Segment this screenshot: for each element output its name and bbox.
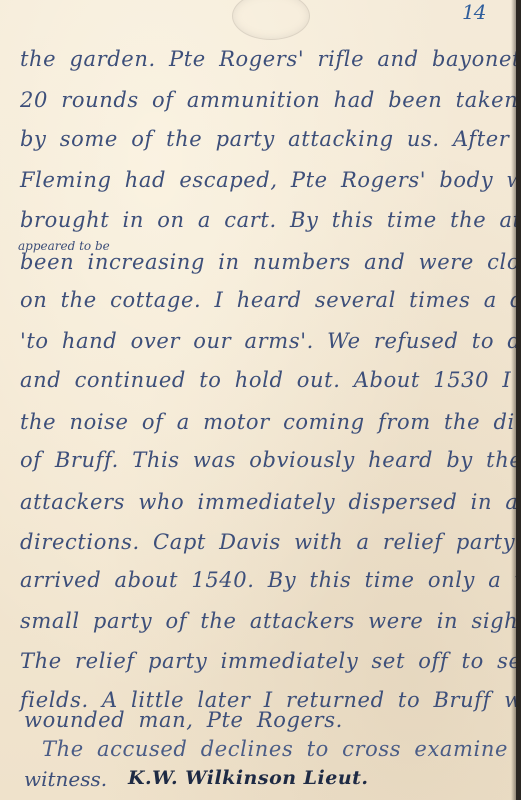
page-number: 14 bbox=[462, 0, 485, 24]
page-edge-shadow bbox=[511, 0, 516, 800]
text-line-10: the noise of a motor coming from the dir… bbox=[20, 410, 516, 434]
text-line-3: by some of the party attacking us. After… bbox=[20, 127, 516, 151]
text-line-14: arrived about 1540. By this time only a … bbox=[20, 568, 516, 592]
signature: K.W. Wilkinson Lieut. bbox=[128, 767, 369, 789]
text-line-19: The accused declines to cross examine th… bbox=[42, 737, 516, 761]
text-line-11: of Bruff. This was obviously heard by th… bbox=[20, 448, 516, 472]
text-line-2: 20 rounds of ammunition had been taken f… bbox=[20, 88, 516, 112]
text-line-6: been increasing in numbers and were clos… bbox=[20, 250, 516, 274]
text-line-7: on the cottage. I heard several times a … bbox=[20, 288, 516, 312]
text-line-12: attackers who immediately dispersed in a… bbox=[20, 490, 516, 514]
text-line-18: wounded man, Pte Rogers. bbox=[24, 708, 343, 732]
embossed-seal bbox=[232, 0, 310, 40]
closing-word: witness. bbox=[24, 767, 107, 791]
text-line-4: Fleming had escaped, Pte Rogers' body wa… bbox=[20, 168, 516, 192]
text-line-9: and continued to hold out. About 1530 I … bbox=[20, 368, 516, 392]
text-line-16: The relief party immediately set off to … bbox=[20, 649, 516, 673]
document-page: 14 the garden. Pte Rogers' rifle and bay… bbox=[0, 0, 516, 800]
text-line-13: directions. Capt Davis with a relief par… bbox=[20, 530, 515, 554]
text-line-8: 'to hand over our arms'. We refused to d… bbox=[20, 329, 516, 353]
text-line-15: small party of the attackers were in sig… bbox=[20, 609, 516, 633]
text-line-5: brought in on a cart. By this time the a… bbox=[20, 208, 516, 232]
text-line-1: the garden. Pte Rogers' rifle and bayone… bbox=[20, 47, 516, 71]
